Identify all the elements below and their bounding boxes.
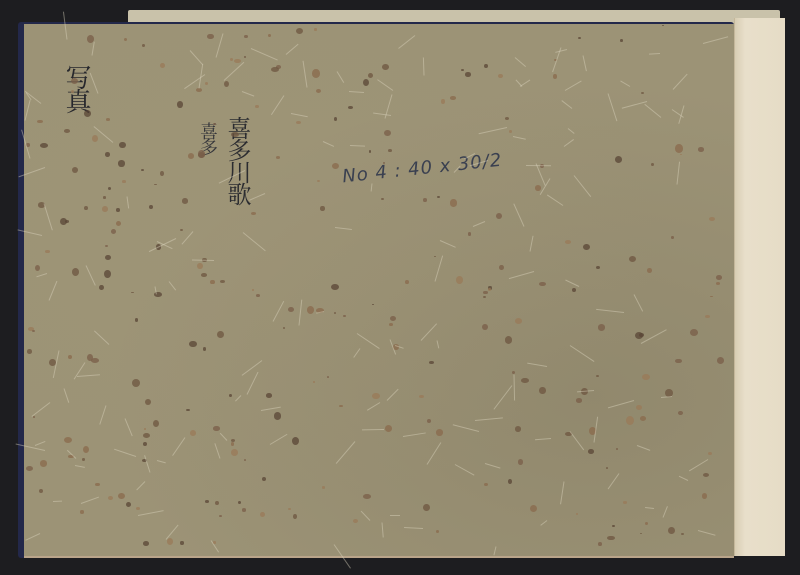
paper-speck [292, 437, 299, 445]
paper-speck [483, 291, 488, 295]
paper-speck [238, 501, 241, 505]
paper-speck [372, 393, 379, 399]
paper-fiber [272, 301, 284, 322]
paper-speck [716, 282, 720, 285]
paper-fiber [475, 417, 503, 421]
paper-speck [102, 206, 108, 212]
paper-fiber [172, 437, 185, 456]
paper-speck [64, 437, 72, 443]
paper-fiber [361, 511, 370, 521]
paper-fiber [246, 372, 258, 395]
paper-speck [675, 144, 683, 152]
paper-speck [598, 324, 605, 330]
paper-fiber [390, 515, 400, 516]
paper-speck [389, 323, 393, 326]
paper-fiber [622, 101, 647, 109]
paper-speck [343, 315, 345, 317]
paper-speck [499, 265, 504, 271]
paper-speck [71, 90, 74, 93]
paper-speck [530, 505, 537, 512]
paper-speck [434, 256, 436, 258]
paper-speck [40, 460, 47, 466]
paper-speck [271, 67, 279, 72]
paper-speck [244, 56, 247, 58]
paper-speck [307, 306, 315, 314]
paper-fiber [565, 280, 579, 287]
paper-speck [505, 117, 509, 120]
paper-speck [33, 416, 36, 418]
paper-fiber [583, 56, 587, 72]
paper-speck [662, 25, 664, 27]
paper-speck [316, 89, 321, 93]
paper-fiber [125, 418, 133, 436]
paper-fiber [242, 360, 262, 375]
paper-fiber [64, 388, 70, 402]
paper-speck [160, 171, 164, 176]
paper-fiber [371, 183, 373, 191]
paper-speck [210, 280, 214, 284]
paper-speck [103, 196, 106, 198]
paper-speck [317, 180, 320, 182]
paper-fiber [570, 431, 584, 450]
paper-speck [331, 284, 339, 290]
paper-speck [190, 430, 196, 436]
paper-speck [384, 130, 391, 137]
paper-fiber [43, 203, 52, 230]
paper-speck [468, 232, 471, 236]
paper-fiber [565, 80, 582, 91]
paper-speck [234, 59, 241, 64]
paper-speck [717, 357, 724, 364]
paper-speck [268, 34, 271, 37]
paper-speck [153, 420, 159, 427]
paper-speck [105, 245, 108, 247]
paper-speck [108, 187, 111, 190]
paper-fiber [698, 530, 715, 536]
paper-fiber [192, 259, 214, 261]
paper-speck [205, 500, 209, 503]
paper-speck [353, 519, 358, 523]
paper-speck [87, 354, 93, 361]
paper-speck [64, 129, 69, 133]
paper-speck [578, 37, 581, 39]
paper-speck [565, 240, 572, 244]
paper-fiber [354, 349, 361, 358]
paper-fiber [677, 162, 681, 185]
paper-fiber [220, 433, 227, 441]
paper-speck [105, 152, 110, 157]
paper-speck [607, 536, 615, 541]
paper-speck [515, 318, 523, 324]
paper-speck [668, 527, 675, 534]
paper-speck [450, 96, 456, 99]
paper-speck [293, 514, 297, 519]
paper-speck [230, 58, 234, 61]
paper-fiber [478, 127, 507, 134]
paper-speck [145, 399, 151, 405]
paper-fiber [77, 375, 100, 378]
paper-speck [68, 355, 72, 359]
paper-speck [629, 256, 637, 263]
paper-speck [251, 212, 256, 215]
paper-speck [509, 130, 512, 134]
paper-speck [372, 304, 374, 306]
paper-speck [314, 28, 317, 30]
paper-speck [143, 433, 150, 438]
paper-fiber [526, 165, 551, 166]
paper-fiber [336, 442, 356, 465]
paper-speck [596, 375, 599, 377]
paper-speck [244, 35, 247, 38]
paper-speck [217, 331, 224, 338]
paper-speck [405, 280, 409, 284]
paper-speck [37, 120, 43, 124]
paper-fiber [75, 465, 85, 468]
paper-fiber [513, 204, 524, 227]
paper-speck [213, 426, 219, 430]
paper-speck [339, 405, 343, 407]
paper-fiber [703, 36, 728, 44]
paper-fiber [24, 99, 30, 120]
paper-fiber [251, 48, 278, 61]
paper-speck [436, 429, 444, 436]
paper-fiber [529, 236, 533, 252]
paper-speck [539, 282, 545, 286]
paper-speck [116, 208, 119, 212]
paper-speck [369, 150, 371, 152]
paper-fiber [440, 240, 456, 248]
inscription-side: 喜多 [194, 122, 220, 154]
paper-speck [429, 361, 434, 364]
paper-speck [690, 329, 698, 336]
paper-fiber [427, 443, 442, 465]
paper-speck [84, 206, 88, 210]
paper-speck [201, 273, 207, 277]
paper-fiber [169, 281, 177, 290]
paper-fiber [367, 402, 380, 410]
paper-speck [645, 522, 648, 525]
paper-speck [111, 229, 116, 234]
paper-speck [252, 289, 254, 290]
paper-speck [72, 268, 79, 276]
paper-fiber [36, 273, 47, 277]
paper-fiber [25, 533, 40, 541]
paper-speck [596, 266, 600, 270]
paper-speck [72, 167, 78, 173]
paper-speck [106, 118, 110, 121]
paper-speck [80, 510, 84, 513]
paper-fiber [302, 61, 307, 88]
paper-fiber [510, 271, 535, 279]
paper-fiber [115, 449, 137, 457]
paper-speck [461, 69, 464, 71]
paper-speck [197, 263, 202, 269]
paper-speck [647, 268, 652, 273]
paper-speck [488, 288, 491, 290]
paper-fiber [569, 345, 594, 362]
paper-speck [65, 220, 69, 222]
paper-fiber [181, 231, 193, 245]
paper-speck [135, 318, 138, 321]
paper-speck [116, 221, 121, 226]
paper-speck [623, 501, 628, 504]
paper-speck [160, 63, 165, 68]
paper-fiber [645, 507, 654, 509]
paper-fiber [335, 227, 352, 230]
paper-speck [419, 395, 424, 398]
paper-fiber [316, 311, 324, 314]
paper-fiber [261, 406, 281, 410]
paper-speck [122, 180, 126, 183]
paper-fiber [387, 389, 399, 401]
paper-speck [388, 149, 392, 152]
paper-fiber [560, 482, 564, 505]
paper-speck [231, 132, 239, 137]
paper-speck [385, 425, 392, 432]
paper-speck [182, 198, 188, 203]
paper-speck [180, 541, 183, 544]
paper-fiber [673, 74, 688, 90]
paper-fiber [620, 80, 630, 87]
paper-fiber [74, 363, 86, 380]
paper-fiber [641, 330, 667, 345]
paper-speck [651, 163, 654, 166]
paper-speck [572, 288, 576, 293]
book-cover: 写真 喜多川歌 喜多 No 4 : 40 x 30/2 [24, 24, 734, 558]
paper-fiber [35, 441, 46, 446]
paper-speck [45, 250, 50, 253]
paper-speck [681, 533, 684, 535]
paper-speck [256, 294, 260, 297]
paper-speck [180, 229, 183, 231]
paper-fiber [286, 44, 299, 55]
paper-fiber [634, 294, 644, 311]
paper-fiber [190, 50, 204, 65]
paper-speck [521, 378, 528, 383]
paper-fiber [403, 432, 426, 437]
paper-speck [95, 483, 100, 487]
paper-speck [205, 82, 208, 85]
paper-speck [598, 542, 603, 546]
paper-fiber [299, 300, 303, 326]
paper-fiber [86, 265, 96, 286]
paper-speck [518, 459, 524, 465]
paper-fiber [378, 79, 394, 90]
paper-speck [39, 489, 43, 493]
paper-fiber [435, 256, 443, 282]
paper-speck [505, 336, 512, 343]
paper-speck [260, 512, 265, 517]
paper-fiber [423, 58, 425, 76]
paper-speck [144, 428, 147, 430]
paper-speck [483, 296, 486, 299]
paper-speck [229, 394, 232, 397]
paper-fiber [350, 145, 365, 147]
paper-speck [390, 316, 396, 321]
paper-speck [124, 38, 128, 41]
paper-speck [266, 393, 273, 398]
paper-fiber [92, 42, 95, 56]
paper-speck [215, 501, 219, 506]
paper-fiber [214, 443, 220, 459]
paper-speck [678, 411, 683, 416]
paper-fiber [398, 35, 415, 49]
paper-fiber [473, 220, 486, 226]
page-block-edge [734, 18, 785, 556]
paper-fiber [235, 395, 241, 401]
paper-fiber [242, 232, 265, 251]
paper-speck [484, 64, 488, 68]
paper-fiber [513, 374, 515, 400]
paper-fiber [374, 112, 392, 115]
paper-fiber [607, 473, 619, 489]
paper-speck [671, 236, 674, 239]
paper-speck [104, 270, 111, 278]
paper-speck [615, 156, 622, 163]
paper-speck [131, 292, 133, 294]
paper-speck [32, 330, 35, 332]
paper-speck [327, 376, 330, 378]
paper-speck [368, 73, 374, 78]
paper-speck [322, 486, 325, 488]
paper-speck [118, 493, 125, 499]
paper-speck [675, 359, 681, 364]
paper-fiber [127, 197, 130, 209]
paper-fiber [540, 179, 551, 196]
paper-speck [606, 467, 608, 469]
paper-speck [126, 502, 131, 507]
paper-fiber [216, 33, 224, 57]
paper-speck [35, 265, 40, 271]
paper-fiber [32, 402, 51, 417]
paper-speck [680, 154, 682, 155]
paper-speck [427, 419, 431, 423]
paper-speck [348, 106, 353, 109]
inscription-main: 喜多川歌 [220, 116, 255, 204]
paper-speck [40, 143, 48, 148]
paper-fiber [81, 497, 99, 504]
paper-fiber [137, 481, 146, 490]
paper-speck [207, 34, 213, 39]
paper-speck [283, 327, 285, 329]
paper-fiber [420, 323, 437, 341]
paper-fiber [404, 527, 423, 529]
paper-fiber [291, 113, 308, 117]
paper-fiber [149, 238, 176, 252]
paper-speck [482, 324, 488, 330]
paper-speck [220, 280, 225, 283]
paper-speck [450, 199, 456, 206]
paper-speck [288, 508, 291, 510]
paper-speck [296, 121, 301, 124]
paper-speck [709, 217, 715, 221]
paper-speck [512, 371, 515, 374]
paper-fiber [574, 176, 592, 198]
paper-speck [92, 135, 98, 142]
paper-speck [515, 426, 522, 432]
paper-fiber [270, 434, 287, 445]
paper-fiber [357, 333, 380, 349]
paper-speck [553, 74, 557, 78]
paper-speck [274, 412, 281, 419]
paper-speck [142, 44, 145, 48]
paper-speck [508, 479, 512, 484]
paper-speck [441, 99, 445, 103]
paper-speck [698, 147, 704, 151]
paper-speck [640, 533, 642, 535]
paper-fiber [362, 429, 384, 430]
paper-fiber [48, 281, 57, 301]
paper-speck [255, 105, 258, 108]
paper-speck [136, 507, 140, 510]
paper-speck [82, 458, 85, 461]
paper-speck [616, 448, 619, 450]
paper-speck [588, 449, 594, 454]
paper-fiber [547, 195, 563, 206]
paper-speck [496, 213, 502, 219]
paper-fiber [100, 405, 107, 424]
paper-fiber [323, 141, 334, 147]
paper-speck [703, 473, 709, 477]
paper-speck [382, 64, 389, 70]
paper-speck [708, 452, 712, 455]
paper-fiber [649, 53, 660, 55]
paper-speck [456, 276, 463, 284]
paper-fiber [381, 523, 383, 538]
paper-speck [423, 504, 430, 511]
paper-speck [177, 101, 183, 108]
paper-speck [334, 117, 338, 121]
paper-speck [143, 442, 147, 447]
paper-speck [363, 79, 369, 86]
paper-speck [636, 405, 642, 410]
paper-speck [320, 206, 324, 210]
paper-speck [276, 156, 280, 159]
paper-speck [143, 541, 149, 546]
paper-speck [334, 312, 336, 314]
paper-speck [189, 341, 196, 347]
paper-speck [224, 81, 229, 87]
paper-speck [99, 285, 104, 290]
paper-fiber [144, 455, 150, 472]
paper-speck [288, 307, 294, 312]
paper-speck [381, 198, 385, 201]
paper-fiber [644, 103, 661, 117]
paper-fiber [271, 95, 284, 115]
paper-fiber [493, 547, 496, 556]
paper-speck [141, 169, 144, 171]
paper-speck [186, 409, 190, 412]
paper-speck [213, 123, 216, 126]
paper-fiber [563, 139, 574, 147]
paper-speck [105, 255, 111, 260]
paper-speck [27, 349, 32, 353]
paper-fiber [349, 91, 364, 93]
paper-speck [583, 244, 590, 250]
paper-speck [132, 379, 140, 387]
paper-speck [262, 477, 266, 481]
paper-fiber [94, 330, 109, 344]
paper-speck [26, 466, 33, 471]
paper-speck [118, 160, 125, 166]
paper-speck [244, 459, 246, 461]
paper-speck [642, 374, 650, 380]
paper-fiber [223, 62, 243, 81]
paper-speck [312, 69, 320, 77]
cover-label-number: No 4 : 40 x 30/2 [341, 150, 503, 188]
paper-speck [332, 163, 339, 169]
paper-speck [465, 72, 471, 76]
